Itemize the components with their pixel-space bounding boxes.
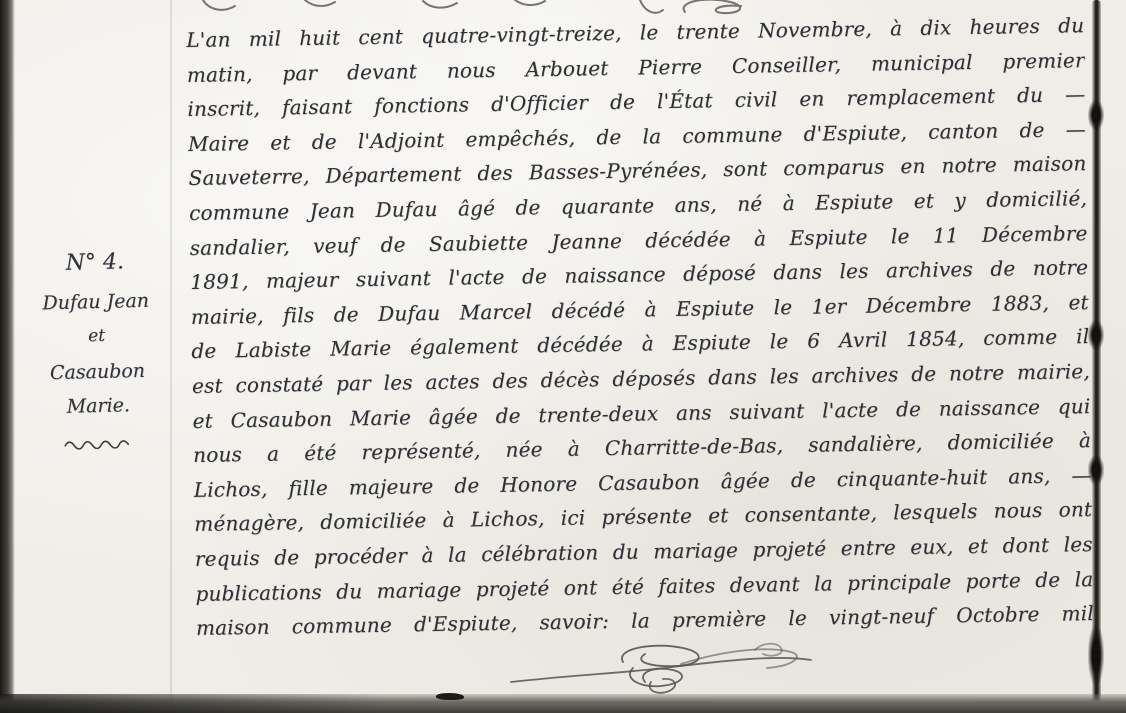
margin-bride-surname: Casaubon: [22, 357, 173, 387]
bottom-edge-ink-mark: [436, 693, 464, 700]
margin-bride-firstname: Marie.: [23, 391, 174, 421]
gutter-ink-blob: [1088, 100, 1104, 130]
margin-note: N° 4. Dufau Jean et Casaubon Marie.: [20, 248, 175, 456]
gutter-ink-blob: [1088, 625, 1104, 685]
bottom-edge-shadow: [0, 694, 1126, 713]
gutter-ink-blob: [1088, 320, 1104, 350]
ink-flourish-icon: [505, 638, 825, 696]
act-body-text: L'an mil huit cent quatre-vingt-treize, …: [186, 8, 1094, 645]
register-page-scan: N° 4. Dufau Jean et Casaubon Marie. L'an…: [0, 0, 1126, 713]
margin-groom-name: Dufau Jean: [20, 287, 171, 317]
act-number: N° 4.: [20, 248, 171, 277]
margin-conjunction: et: [21, 321, 172, 351]
left-binding-edge: [0, 0, 15, 713]
squiggle-underline-icon: [63, 438, 135, 450]
